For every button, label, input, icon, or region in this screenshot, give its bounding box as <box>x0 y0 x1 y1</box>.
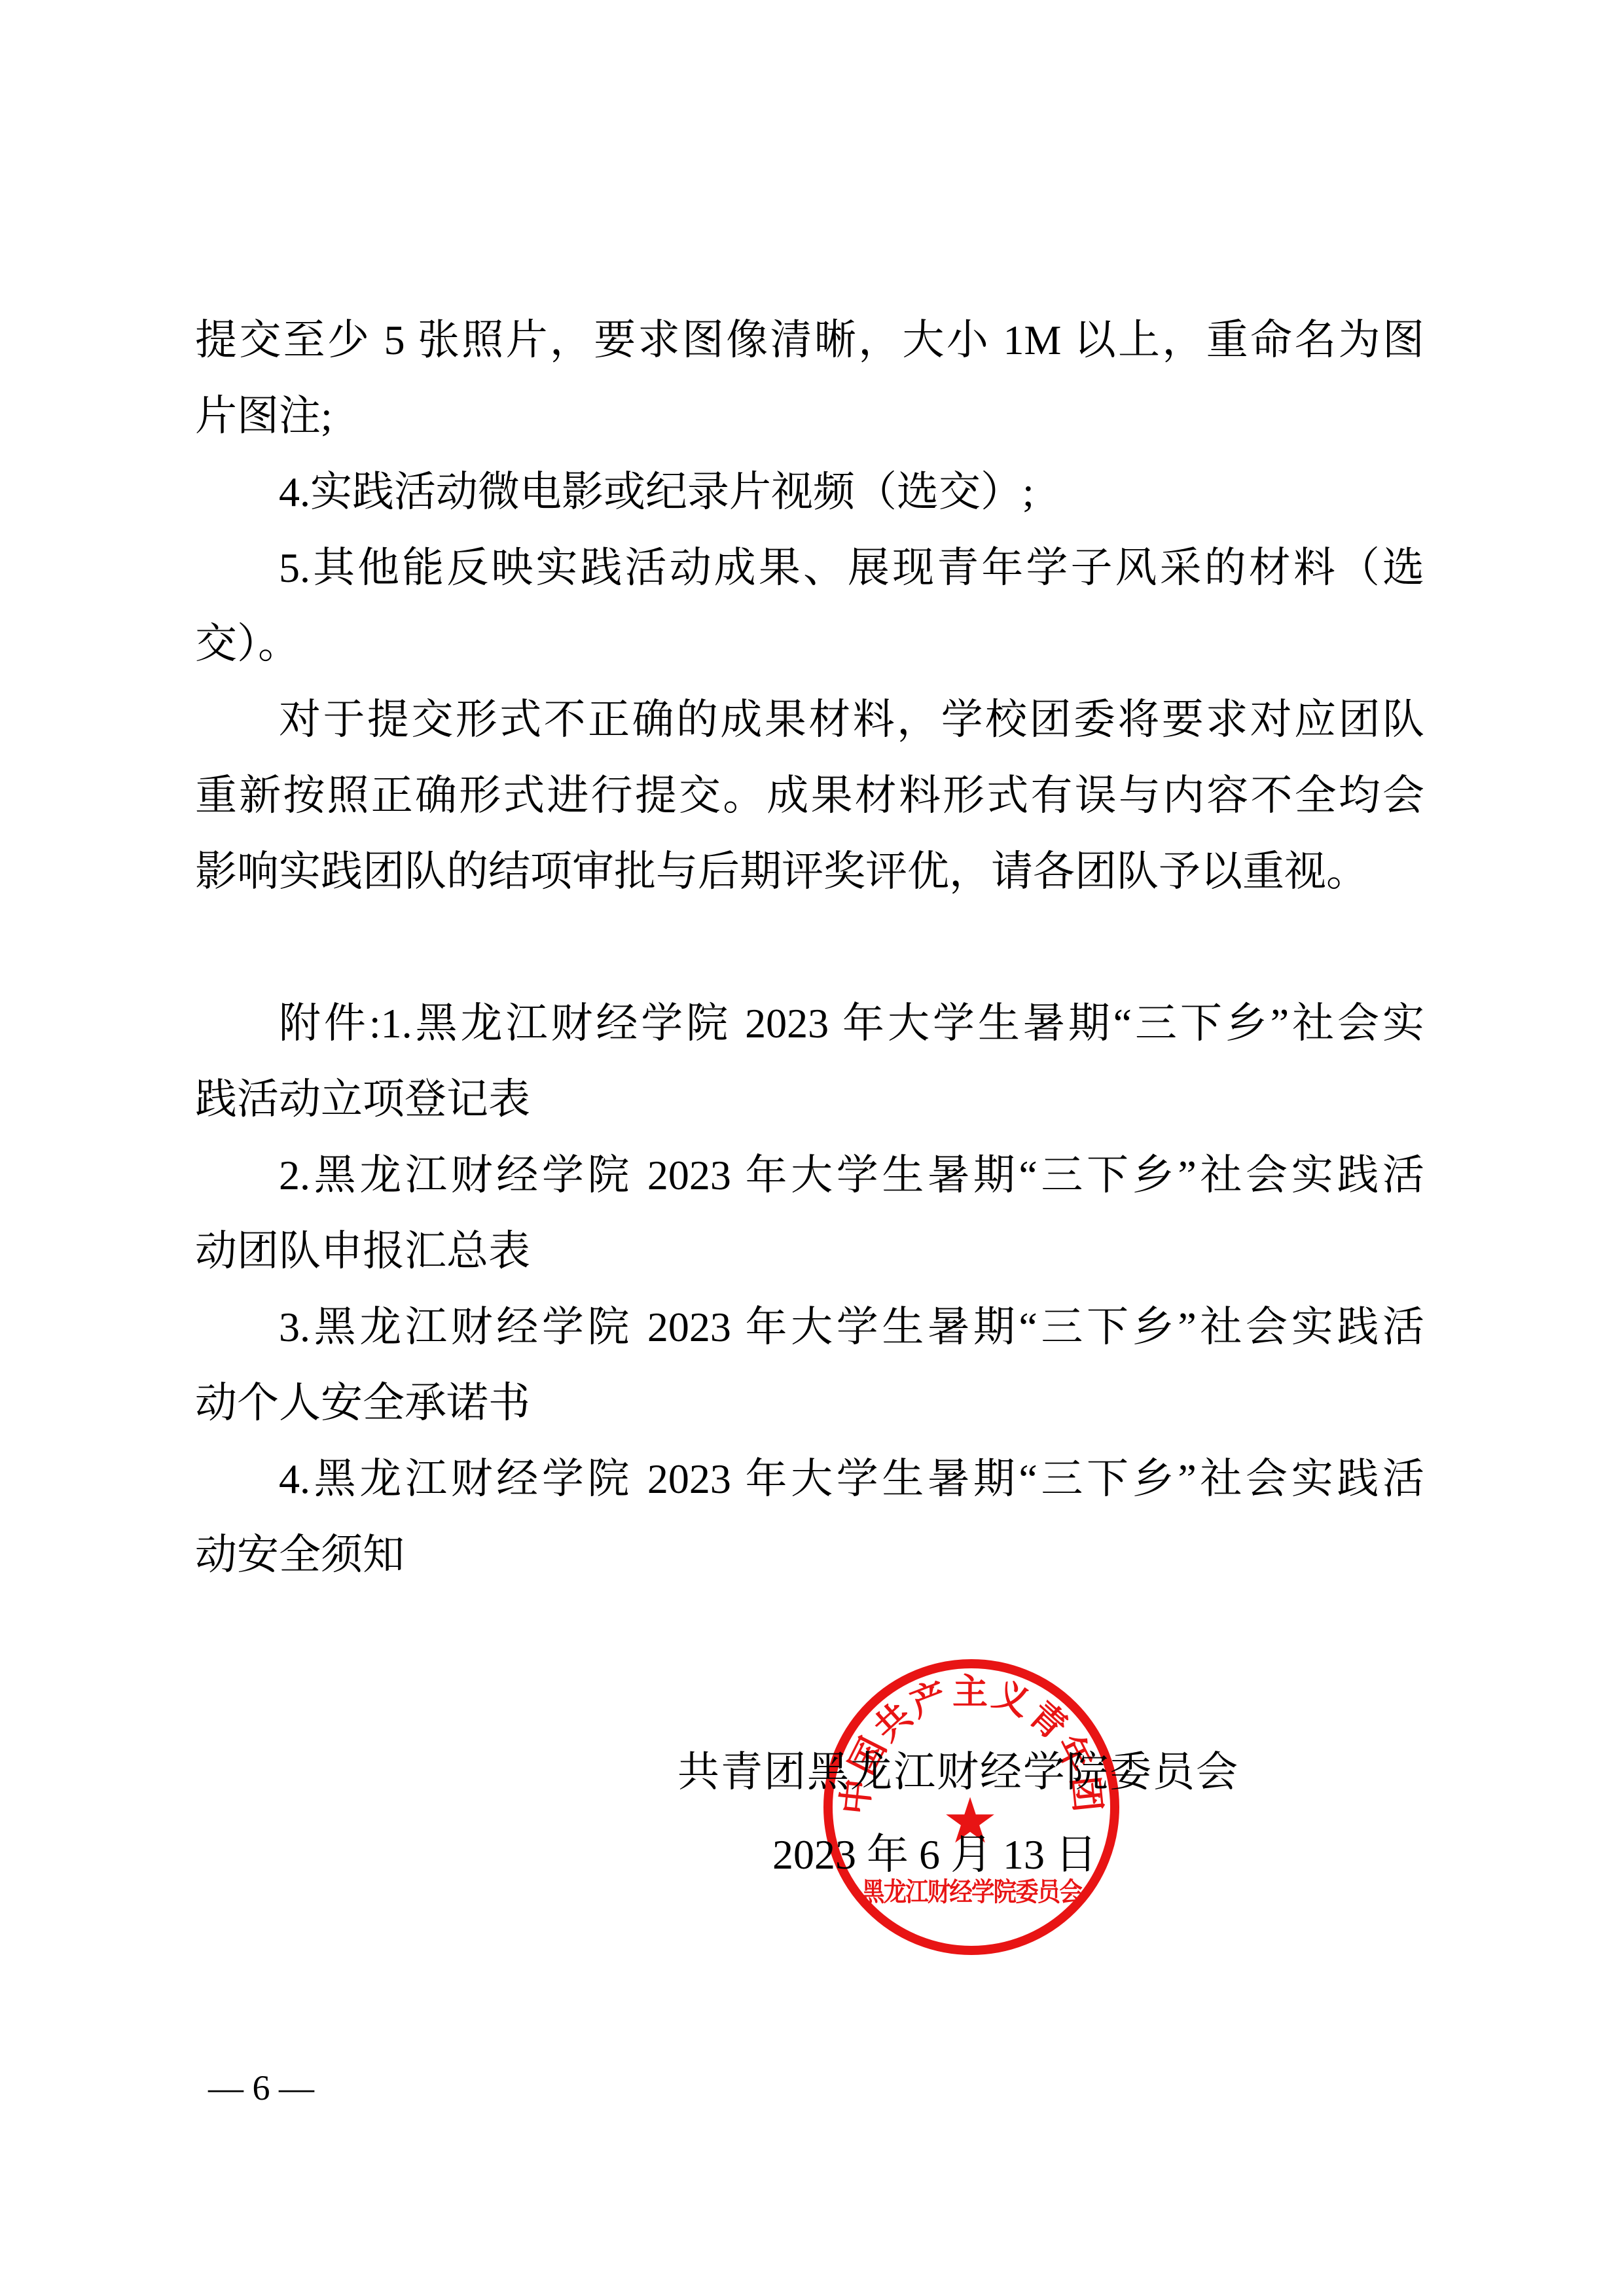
seal-star-icon: ★ <box>942 1784 998 1857</box>
body-line: 5.其他能反映实践活动成果、展现青年学子风采的材料（选 <box>195 530 1424 606</box>
body-line: 动个人安全承诺书 <box>195 1365 1424 1441</box>
body-line: 3.黑龙江财经学院 2023 年大学生暑期“三下乡”社会实践活 <box>195 1289 1424 1365</box>
body-line: 4.实践活动微电影或纪录片视频（选交）; <box>195 454 1424 530</box>
body-line: 对于提交形式不正确的成果材料，学校团委将要求对应团队 <box>195 682 1424 758</box>
page-number: — 6 — <box>208 2063 314 2113</box>
body-line: 影响实践团队的结项审批与后期评奖评优，请各团队予以重视。 <box>195 834 1424 910</box>
body-line: 2.黑龙江财经学院 2023 年大学生暑期“三下乡”社会实践活 <box>195 1138 1424 1213</box>
body-line: 4.黑龙江财经学院 2023 年大学生暑期“三下乡”社会实践活 <box>195 1441 1424 1517</box>
body-line: 动团队申报汇总表 <box>195 1213 1424 1289</box>
body-line: 附件:1.黑龙江财经学院 2023 年大学生暑期“三下乡”社会实 <box>195 986 1424 1062</box>
body-line: 重新按照正确形式进行提交。成果材料形式有误与内容不全均会 <box>195 758 1424 834</box>
body-line: 动安全须知 <box>195 1517 1424 1593</box>
body-line: 提交至少 5 张照片，要求图像清晰，大小 1M 以上，重命名为图 <box>195 302 1424 378</box>
body-line: 交）。 <box>195 606 1424 682</box>
document-body: 提交至少 5 张照片，要求图像清晰，大小 1M 以上，重命名为图片图注;4.实践… <box>195 302 1424 1593</box>
body-line: 践活动立项登记表 <box>195 1062 1424 1138</box>
official-seal: 中国共产主义青年团 ★ 黑龙江财经学院委员会 <box>801 1637 1142 1977</box>
seal-bottom-text: 黑龙江财经学院委员会 <box>861 1877 1083 1907</box>
blank-line <box>195 910 1424 986</box>
document-page: 提交至少 5 张照片，要求图像清晰，大小 1M 以上，重命名为图片图注;4.实践… <box>0 0 1624 2296</box>
body-line: 片图注; <box>195 378 1424 454</box>
